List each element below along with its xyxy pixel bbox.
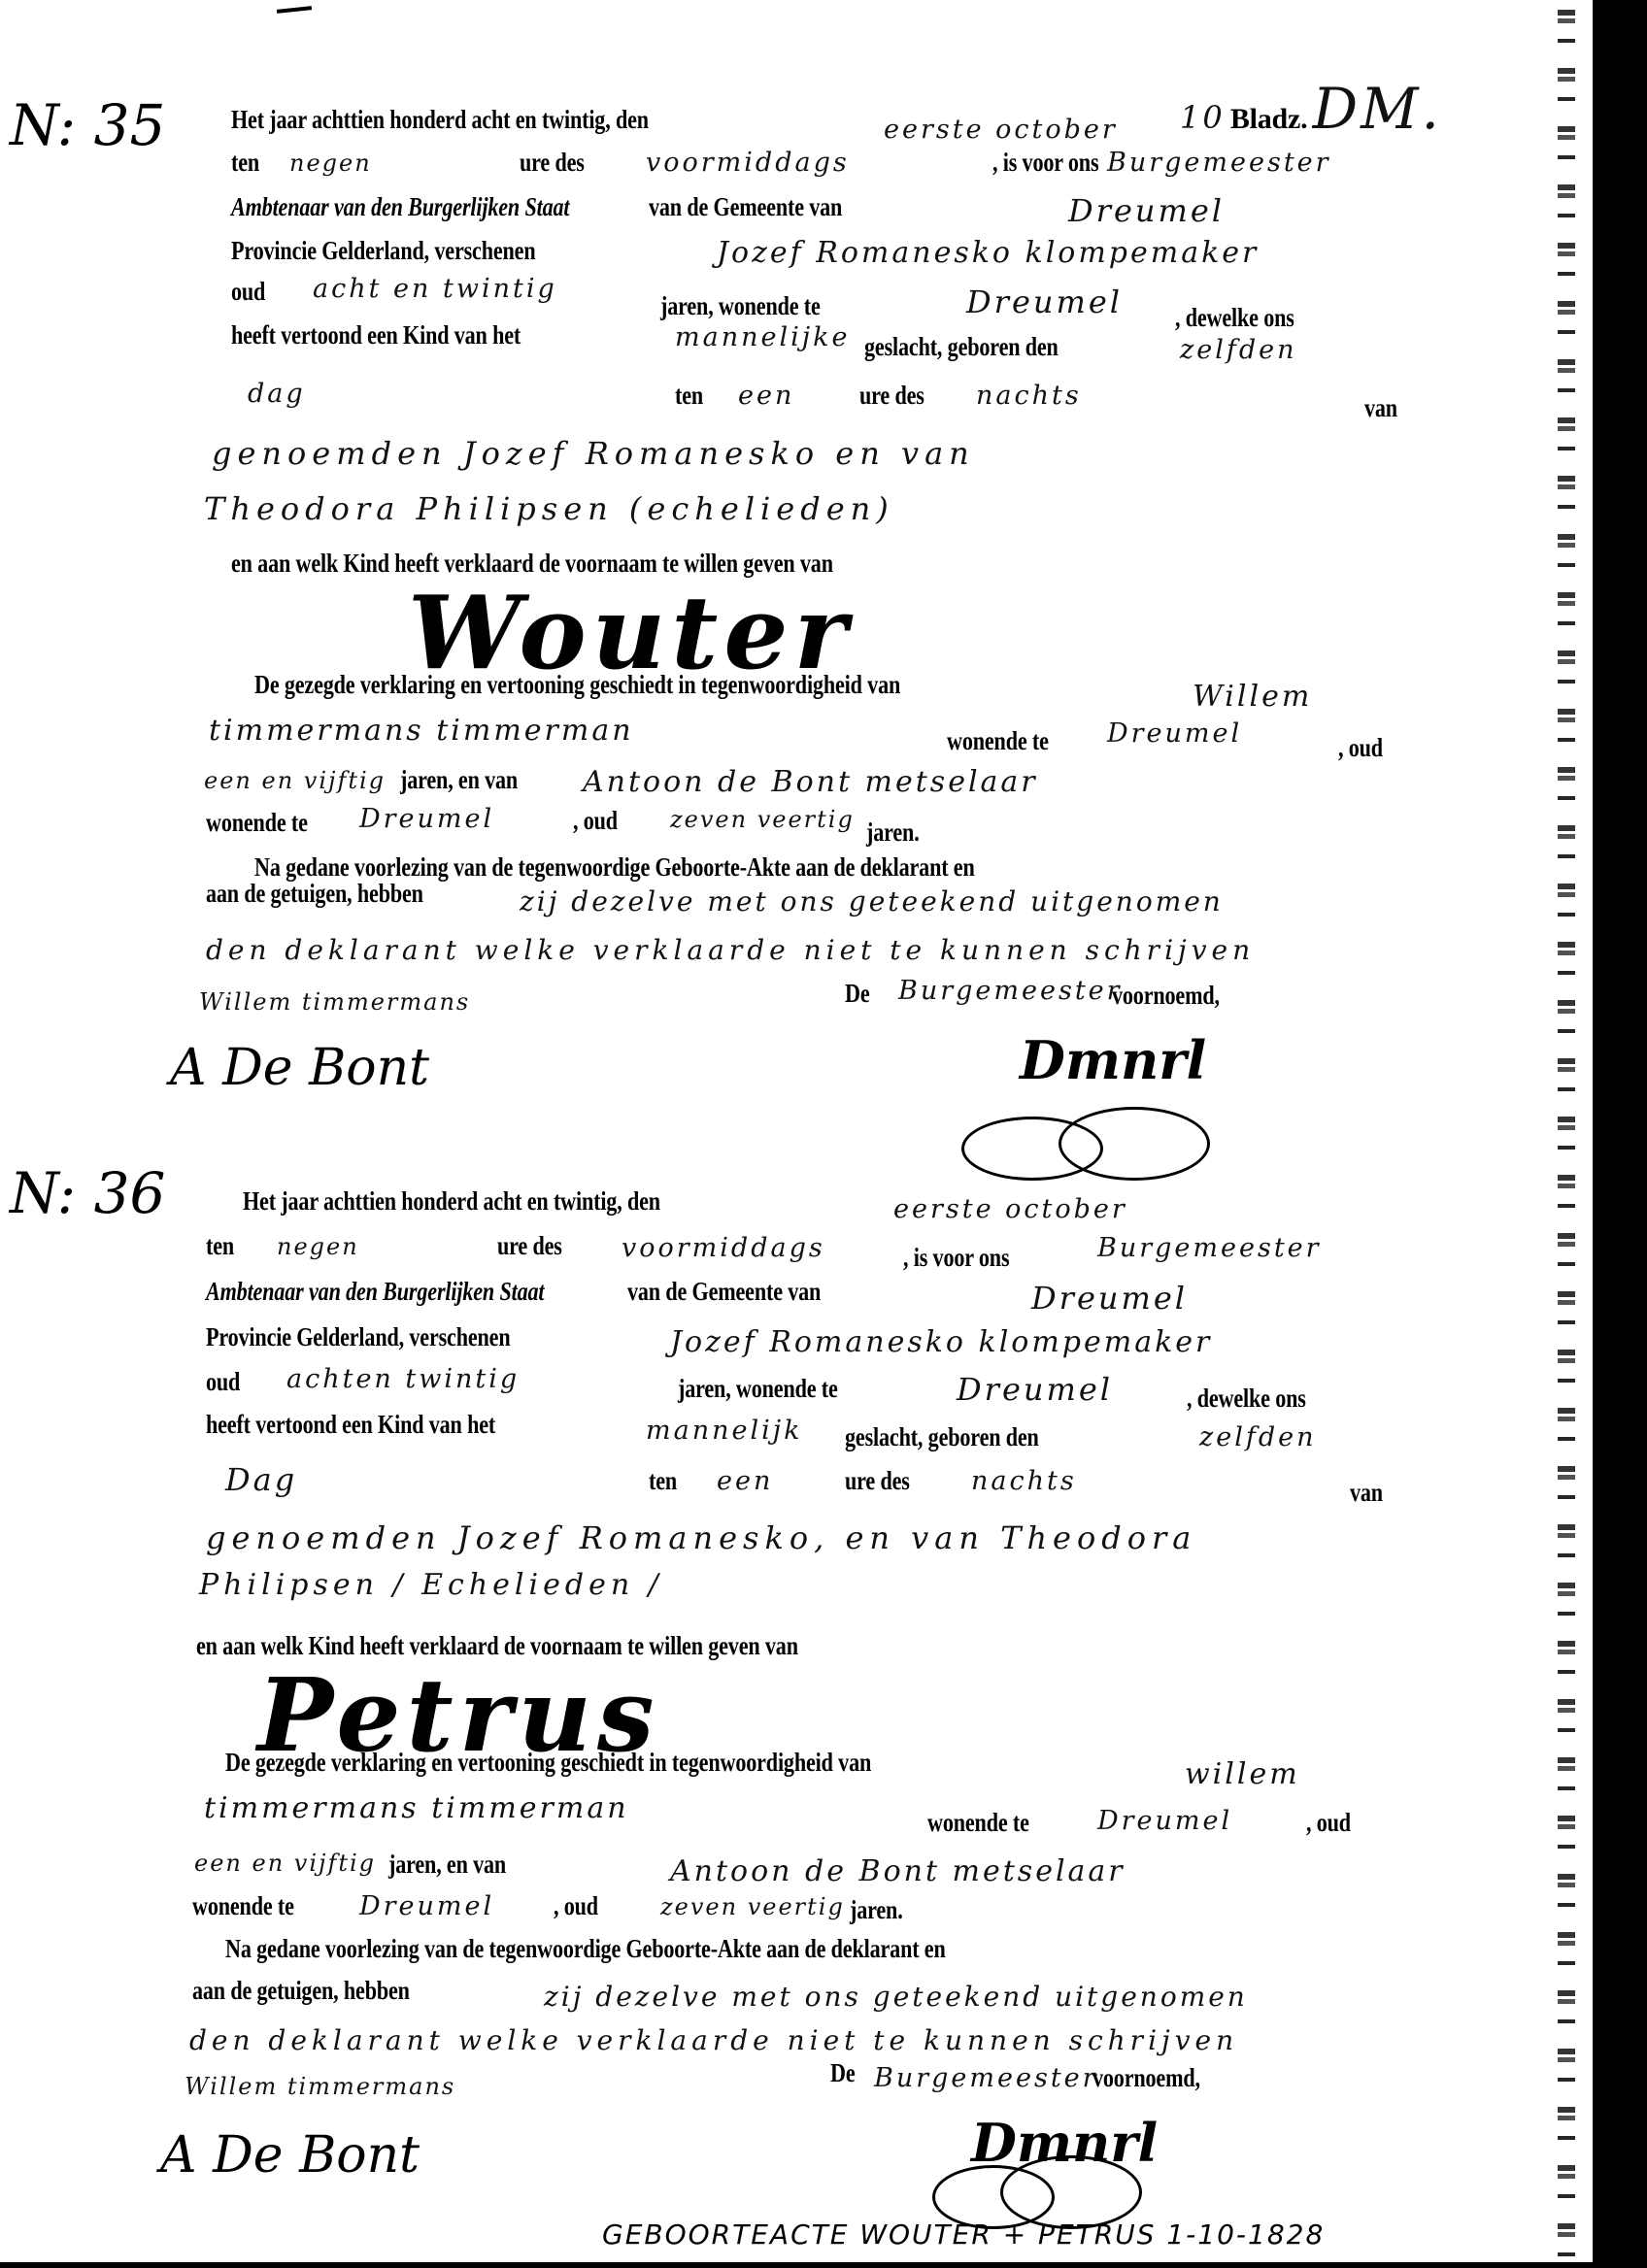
print-text: ten <box>206 1231 234 1261</box>
record-number: N: 36 <box>10 1160 165 1226</box>
hw-residence: Dreumel <box>359 1891 494 1921</box>
print-text: wonende te <box>206 808 308 838</box>
folio-number: 10 <box>1180 99 1226 136</box>
hw-hour: negen <box>277 1233 359 1260</box>
signature-mayor: Dmnrl <box>1020 1029 1206 1091</box>
print-text: Na gedane voorlezing van de tegenwoordig… <box>225 1934 946 1964</box>
signature-witness2: A De Bont <box>160 2126 420 2185</box>
hw-residence: Dreumel <box>1097 1806 1232 1836</box>
print-text: ure des <box>859 381 924 411</box>
print-text: jaren, en van <box>400 765 518 795</box>
hw-date: eerste october <box>893 1194 1127 1224</box>
signature-witness1: Willem timmermans <box>199 988 470 1016</box>
hw-daypart: voormiddags <box>646 148 850 178</box>
hw-daypart: voormiddags <box>622 1233 825 1263</box>
hw-witness1-occupation: timmermans timmerman <box>204 1791 629 1825</box>
hw-residence: Dreumel <box>359 804 494 834</box>
hw-mother: Philipsen / Echelieden / <box>199 1568 663 1602</box>
hw-hour: negen <box>289 150 372 177</box>
hw-witness2: Antoon de Bont metselaar <box>583 765 1038 799</box>
scan-border <box>1593 0 1647 2268</box>
document-page: 10 Bladz. DM. N: 35 Het jaar achttien ho… <box>0 0 1563 2268</box>
hw-birth-daypart: nachts <box>971 1466 1077 1496</box>
signature-witness2: A De Bont <box>170 1039 429 1097</box>
print-text: jaren, wonende te <box>660 291 821 321</box>
print-text: ure des <box>497 1231 562 1261</box>
print-text: ure des <box>520 148 585 178</box>
hw-day: dag <box>248 379 306 409</box>
hw-day: Dag <box>225 1461 297 1498</box>
line-1: Het jaar achttien honderd acht en twinti… <box>231 105 740 135</box>
print-text: De <box>830 2058 855 2088</box>
signature-witness1: Willem timmermans <box>185 2073 455 2100</box>
print-text: geslacht, geboren den <box>845 1422 1039 1452</box>
print-text: voornoemd, <box>1112 981 1220 1011</box>
hw-sex: mannelijke <box>675 322 850 352</box>
print-text: , dewelke ons <box>1175 303 1294 333</box>
hw-father: genoemden Jozef Romanesko en van <box>212 435 975 472</box>
print-text: , dewelke ons <box>1187 1384 1306 1414</box>
print-text: , oud <box>573 806 618 836</box>
print-text: jaren, wonende te <box>678 1374 838 1404</box>
hw-declarant: Jozef Romanesko klompemaker <box>717 236 1259 270</box>
print-text: wonende te <box>947 726 1049 756</box>
hw-mother: Theodora Philipsen (echelieden) <box>204 490 894 527</box>
hw-witness1: Willem <box>1193 680 1312 714</box>
print-text: , is voor ons <box>992 148 1098 178</box>
print-text: geslacht, geboren den <box>864 332 1059 362</box>
print-text: heeft vertoond een Kind van het <box>231 320 521 350</box>
print-text: Het jaar achttien honderd acht en twinti… <box>243 1186 660 1217</box>
hw-age: acht en twintig <box>313 274 557 304</box>
hw-birthday: zelfden <box>1199 1422 1316 1452</box>
stray-mark <box>277 6 312 14</box>
hw-official: Burgemeester <box>874 2063 1098 2093</box>
folio-label: Bladz. <box>1230 103 1308 136</box>
print-text: oud <box>206 1367 240 1397</box>
hw-residence: Dreumel <box>957 1371 1113 1408</box>
print-text: Provincie Gelderland, verschenen <box>231 236 535 266</box>
hw-signing: zij dezelve met ons geteekend uitgenomen <box>520 885 1224 917</box>
hw-signing: den deklarant welke verklaarde niet te k… <box>189 2024 1238 2056</box>
hw-age: zeven veertig <box>660 1893 845 1920</box>
print-italic: Ambtenaar van den Burgerlijken Staat <box>231 192 569 222</box>
hw-age: achten twintig <box>286 1364 520 1394</box>
print-text: aan de getuigen, hebben <box>206 879 423 909</box>
print-italic: Ambtenaar van den Burgerlijken Staat <box>206 1277 544 1307</box>
hw-municipality: Dreumel <box>1068 192 1225 229</box>
hw-witness1: willem <box>1185 1757 1300 1791</box>
folio-initials: DM. <box>1313 76 1442 142</box>
print-text: , oud <box>554 1891 598 1921</box>
print-text: ure des <box>845 1466 910 1496</box>
print-text: van <box>1350 1478 1383 1508</box>
hw-signing: den deklarant welke verklaarde niet te k… <box>206 934 1255 966</box>
hw-witness2: Antoon de Bont metselaar <box>670 1854 1126 1888</box>
hw-official: Burgemeester <box>1107 148 1331 178</box>
line-2: ten <box>231 148 265 178</box>
scan-edge <box>1558 10 1575 2268</box>
hw-declarant: Jozef Romanesko klompemaker <box>670 1325 1212 1359</box>
hw-residence: Dreumel <box>1107 718 1242 749</box>
signature-flourish <box>1059 1107 1210 1181</box>
print-text: ten <box>649 1466 677 1496</box>
hw-father-mother: genoemden Jozef Romanesko, en van Theodo… <box>206 1519 1196 1556</box>
hw-sex: mannelijk <box>646 1416 802 1446</box>
print-text: voornoemd, <box>1092 2063 1200 2093</box>
print-text: De gezegde verklaring en vertooning gesc… <box>225 1748 871 1778</box>
hw-official: Burgemeester <box>1097 1233 1322 1263</box>
hw-residence: Dreumel <box>966 283 1123 320</box>
print-text: De <box>845 979 869 1009</box>
folio-header: 10 Bladz. DM. <box>1180 76 1442 142</box>
print-text: jaren. <box>866 817 920 848</box>
hw-witness1-occupation: timmermans timmerman <box>209 714 634 748</box>
hw-birth-daypart: nachts <box>976 381 1082 411</box>
print-text: , oud <box>1338 733 1383 763</box>
print-text: van <box>1364 393 1397 423</box>
hw-date: eerste october <box>884 115 1118 145</box>
hw-birth-hour: een <box>738 381 794 411</box>
print-text: jaren, en van <box>388 1850 506 1880</box>
print-text: van de Gemeente van <box>649 192 842 222</box>
print-text: jaren. <box>850 1895 903 1925</box>
print-text: heeft vertoond een Kind van het <box>206 1410 495 1440</box>
print-text: oud <box>231 277 265 307</box>
hw-age: een en vijftig <box>194 1850 376 1877</box>
hw-municipality: Dreumel <box>1031 1280 1188 1317</box>
scan-border <box>0 2262 1647 2268</box>
print-text: , is voor ons <box>903 1243 1009 1273</box>
print-text: , oud <box>1306 1808 1351 1838</box>
document-caption: GEBOORTEACTE WOUTER + PETRUS 1-10-1828 <box>602 2218 1325 2251</box>
hw-signing: zij dezelve met ons geteekend uitgenomen <box>544 1981 1248 2013</box>
record-number: N: 35 <box>10 92 165 158</box>
hw-age: zeven veertig <box>670 806 855 833</box>
print-text: aan de getuigen, hebben <box>192 1976 410 2006</box>
print-text: ten <box>675 381 703 411</box>
print-text: wonende te <box>927 1808 1029 1838</box>
hw-official: Burgemeester <box>898 976 1123 1006</box>
print-text: van de Gemeente van <box>627 1277 821 1307</box>
print-text: wonende te <box>192 1891 294 1921</box>
hw-age: een en vijftig <box>204 767 386 794</box>
print-text: De gezegde verklaring en vertooning gesc… <box>254 670 900 700</box>
hw-birthday: zelfden <box>1180 335 1296 365</box>
print-text: Provincie Gelderland, verschenen <box>206 1322 510 1352</box>
hw-birth-hour: een <box>717 1466 773 1496</box>
